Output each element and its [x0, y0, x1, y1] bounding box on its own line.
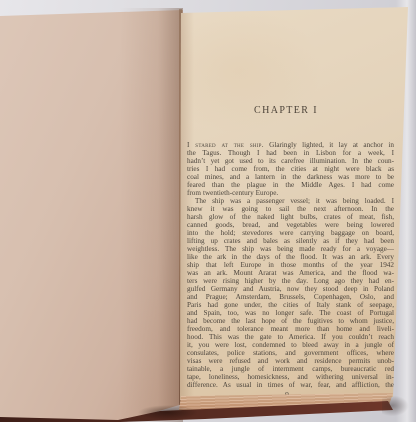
page-curl-shadow — [128, 401, 208, 422]
text-line-rest: Glaringly lighted, it lay at anchor in — [264, 141, 394, 149]
book-corner-shadow — [382, 386, 416, 422]
text-line: tries I had come from, the cities at nig… — [187, 165, 394, 173]
page-text: I stared at the ship. Glaringly lighted,… — [187, 141, 394, 389]
text-line: into the hold; stevedores were carrying … — [187, 229, 394, 237]
text-line: lifting up crates and bales as silently … — [187, 237, 394, 245]
text-line: hadn’t yet got used to its carefree illu… — [187, 157, 394, 165]
text-line: coal mines, and a lantern in the darknes… — [187, 173, 394, 181]
text-line: knew it was going to sail the next after… — [187, 205, 394, 213]
text-line: it, you were lost, condemned to bleed aw… — [187, 341, 394, 349]
text-line: hood. This was the gate to America. If y… — [187, 333, 394, 341]
text-line: canned goods, bread, and vegetables were… — [187, 221, 394, 229]
chapter-heading: CHAPTER I — [186, 105, 386, 116]
text-line: and Spain, too, was no longer safe. The … — [187, 309, 394, 317]
text-line: freedom, and tolerance meant more than h… — [187, 325, 394, 333]
right-page: CHAPTER I I stared at the ship. Glaringl… — [178, 0, 412, 402]
text-line: difference. As usual in times of war, fe… — [187, 381, 394, 389]
text-line: ship that left Europe in those months of… — [187, 261, 394, 269]
text-line: like the ark in the days of the flood. I… — [187, 253, 394, 261]
text-line: Paris had gone under, the cities of Ital… — [187, 301, 394, 309]
text-line: had become the last hope of the fugitive… — [187, 317, 394, 325]
text-line: from twentieth-century Europe. — [187, 189, 394, 197]
text-line: gulfed Germany and Austria, now they sto… — [187, 285, 394, 293]
left-page-shade — [120, 8, 183, 422]
text-line: weightless. The ship was being made read… — [187, 245, 394, 253]
text-line: The ship was a passenger vessel; it was … — [187, 197, 394, 205]
opening-phrase: I stared at the ship. — [187, 141, 264, 149]
text-line: ters were rising higher by the day. Long… — [187, 277, 394, 285]
book-photo: CHAPTER I I stared at the ship. Glaringl… — [0, 0, 416, 422]
text-line: tape, loneliness, homesickness, and with… — [187, 373, 394, 381]
text-line: and Prague; Amsterdam, Brussels, Copenha… — [187, 293, 394, 301]
text-line: was an ark. Mount Ararat was America, an… — [187, 269, 394, 277]
text-line: I stared at the ship. Glaringly lighted,… — [187, 141, 394, 149]
text-line: harsh glow of the naked light bulbs, cra… — [187, 213, 394, 221]
text-line: the Tagus. Though I had been in Lisbon f… — [187, 149, 394, 157]
text-line: consulates, police stations, and governm… — [187, 349, 394, 357]
text-line: feared than the plague in the Middle Age… — [187, 181, 394, 189]
text-line: tainable, a jungle of internment camps, … — [187, 365, 394, 373]
text-line: visas were refused and work and residenc… — [187, 357, 394, 365]
